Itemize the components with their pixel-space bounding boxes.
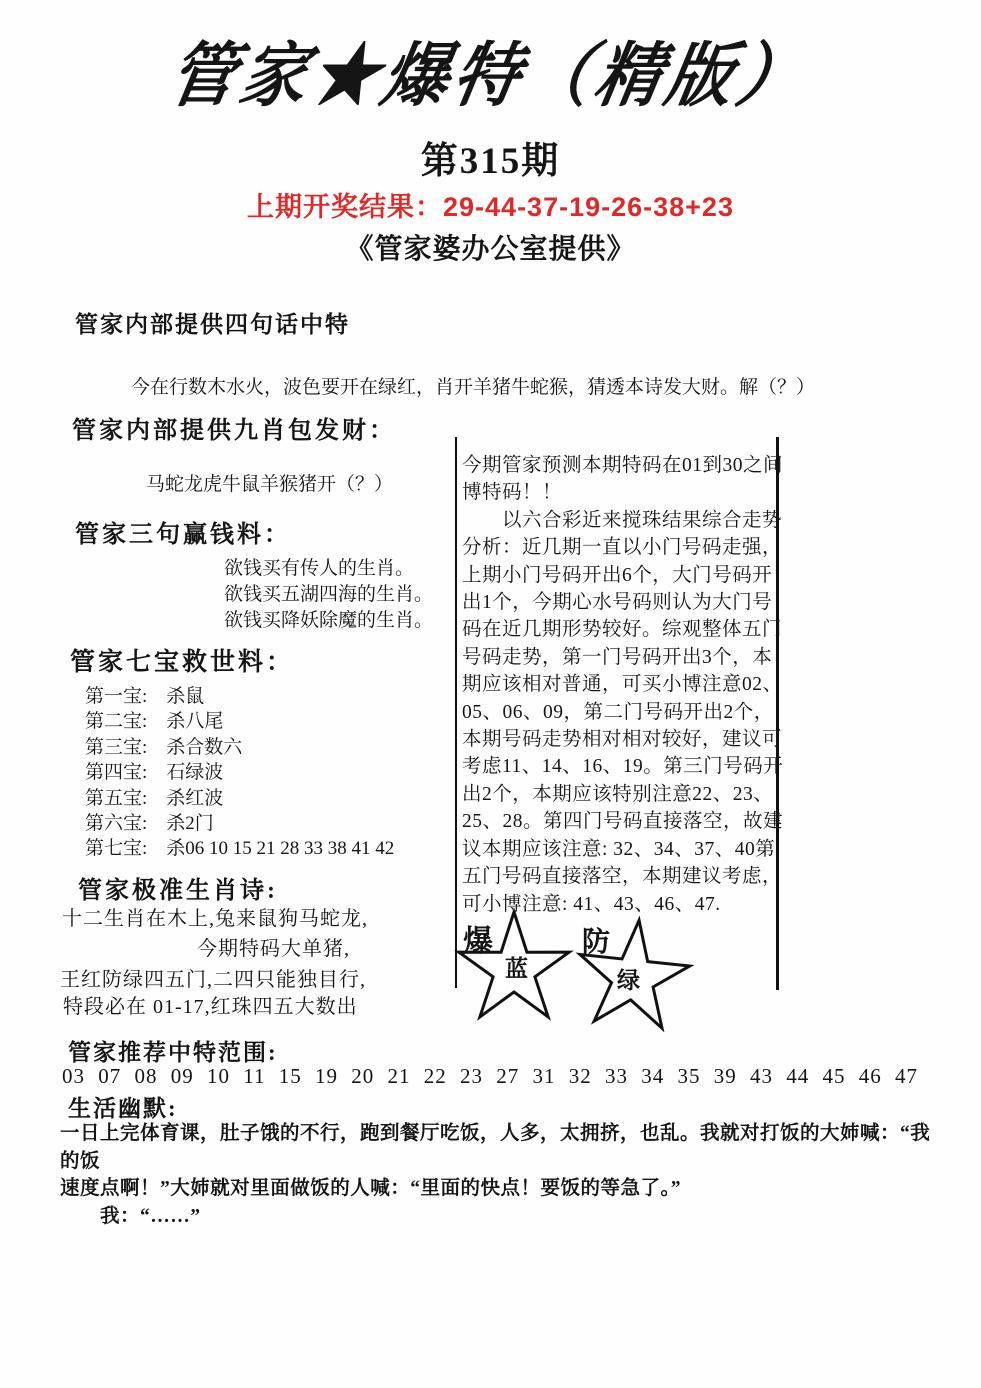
seven-treasures-list: 第一宝: 杀鼠 第二宝: 杀八尾 第三宝: 杀合数六 第四宝: 石绿波 第五宝:… [85,684,394,862]
recommend-numbers: 03 07 08 09 10 11 15 19 20 21 22 23 27 3… [62,1064,918,1089]
source-line: 《管家婆办公室提供》 [0,227,981,267]
three-sentence-heading: 管家三句赢钱料： [75,514,291,549]
zodiac-poem-line1: 十二生肖在木上,兔来鼠狗马蛇龙, [62,902,368,931]
last-draw-result: 上期开奖结果：29-44-37-19-26-38+23 [0,185,981,224]
zodiac-poem-line4: 特段必在 01-17,红珠四五大数出 [63,990,358,1019]
four-sentence-heading: 管家内部提供四句话中特 [75,306,350,339]
zodiac-poem-heading: 管家极准生肖诗: [78,870,278,905]
lottery-tip-sheet: 管家★爆特（精版） 第315期 上期开奖结果：29-44-37-19-26-38… [0,0,981,1388]
page-title: 管家★爆特（精版） [0,19,981,120]
four-sentence-poem: 今在行数木水火，波色要开在绿红，肖开羊猪牛蛇猴，猜透本诗发大财。解（？） [131,372,815,399]
star-text-blue: 蓝 [505,950,528,983]
nine-zodiac-heading: 管家内部提供九肖包发财： [72,410,396,445]
three-sentence-lines: 欲钱买有传人的生肖。 欲钱买五湖四海的生肖。 欲钱买降妖除魔的生肖。 [224,556,433,634]
recommend-heading: 管家推荐中特范围: [68,1034,278,1067]
zodiac-poem-line2: 今期特码大单猪, [197,932,350,961]
issue-number: 第315期 [0,130,981,184]
zodiac-poem-line3: 王红防绿四五门,二四只能独目行, [60,963,366,992]
nine-zodiac-line: 马蛇龙虎牛鼠羊猴猪开（？） [146,469,393,496]
seven-treasures-heading: 管家七宝救世料： [70,642,294,678]
star-text-green: 绿 [617,962,640,995]
star-label-bao: 爆 [463,916,493,960]
humor-text: 一日上完体育课，肚子饿的不行，跑到餐厅吃饭，人多，太拥挤，也乱。我就对打饭的大姉… [60,1120,950,1230]
prediction-text: 今期管家预测本期特码在01到30之间 博特码！！ 以六合彩近来搅珠结果综合走势 … [462,452,786,918]
humor-heading: 生活幽默: [68,1090,178,1123]
star-label-fang: 防 [582,920,610,960]
